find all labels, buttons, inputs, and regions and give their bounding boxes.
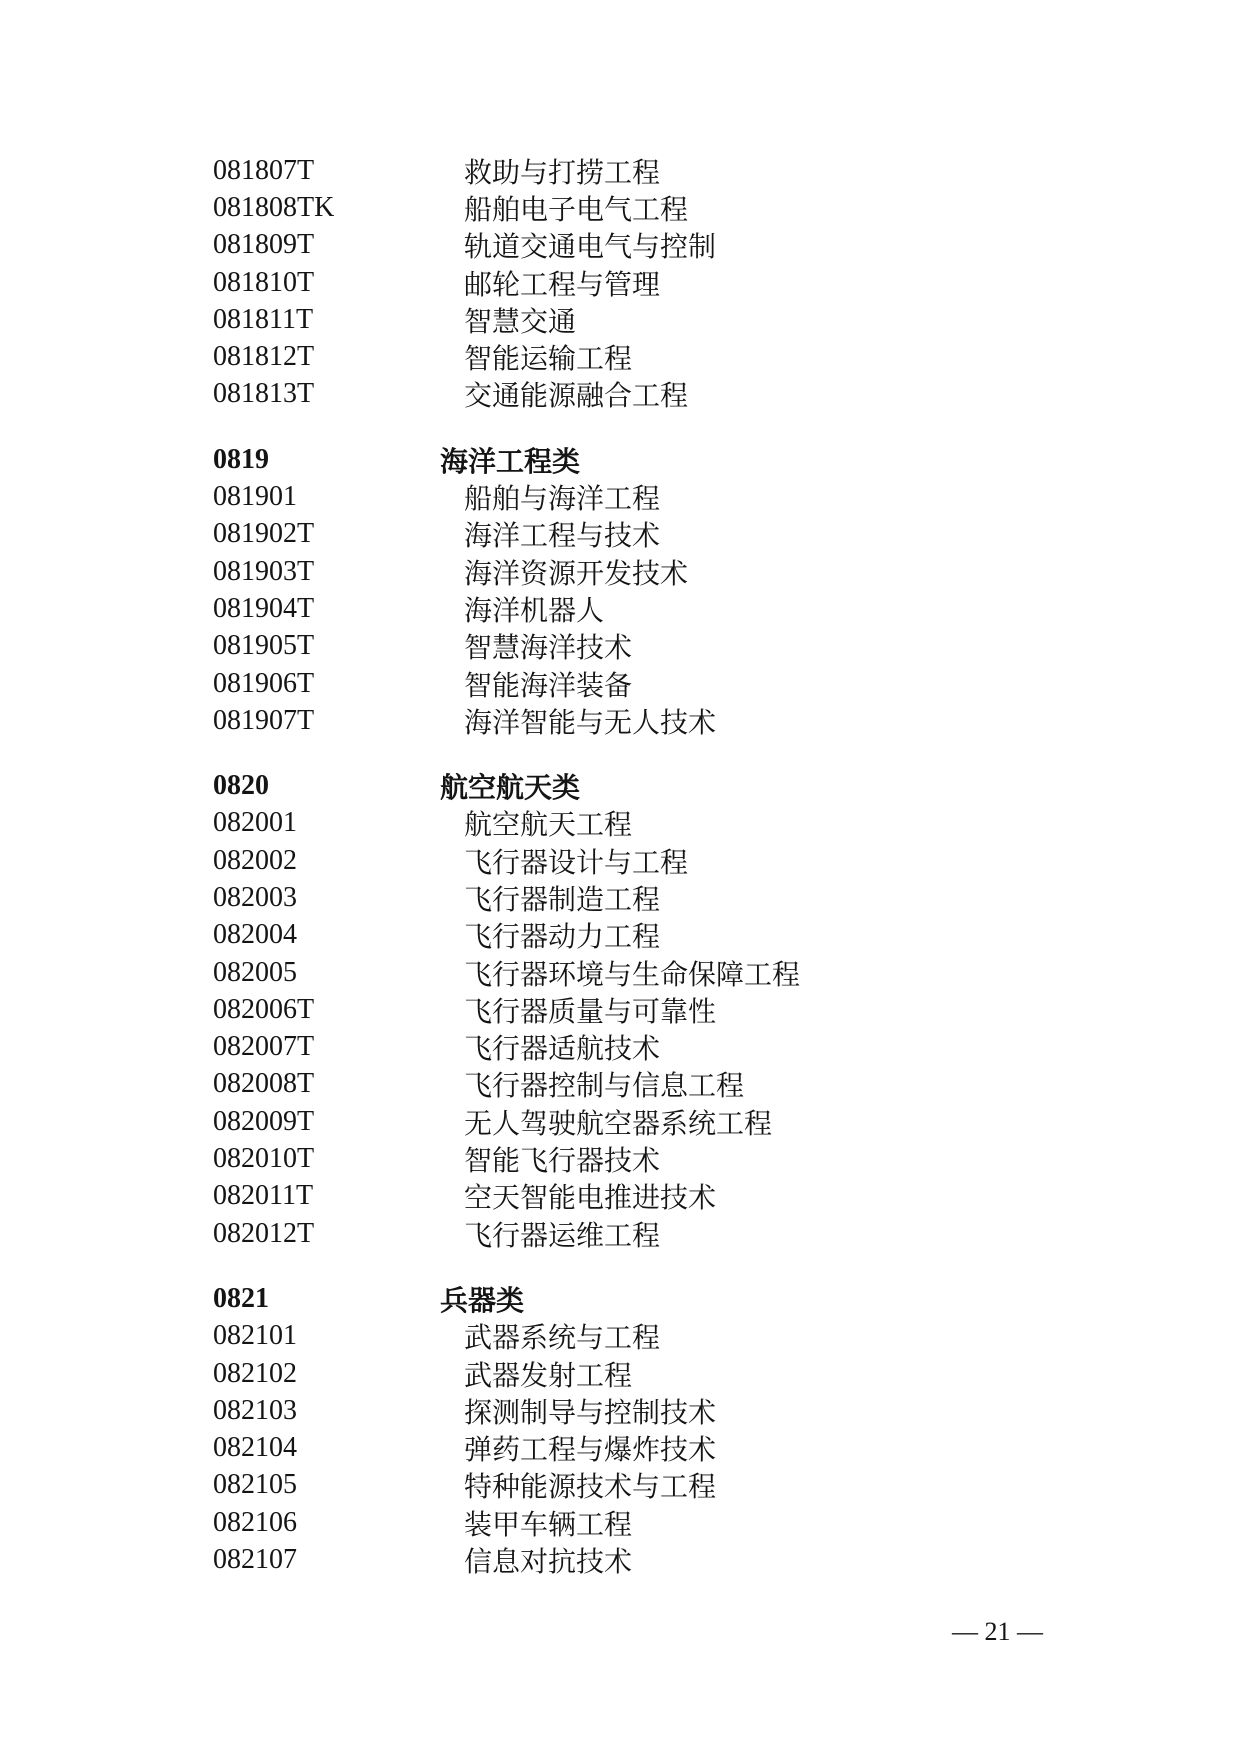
major-row: 082105 特种能源技术与工程 [0, 1467, 1241, 1504]
category-row: 0819 海洋工程类 [0, 441, 1241, 478]
major-name: 飞行器运维工程 [464, 1214, 660, 1254]
major-list: 081807T 救助与打捞工程 081808TK 船舶电子电气工程 081809… [0, 152, 1241, 1579]
major-code: 081901 [213, 481, 464, 513]
major-code: 081906T [213, 668, 464, 700]
major-code: 082103 [213, 1395, 464, 1427]
major-name: 船舶电子电气工程 [464, 188, 688, 228]
major-name: 信息对抗技术 [464, 1540, 632, 1580]
major-code: 081811T [213, 304, 464, 336]
major-name: 交通能源融合工程 [464, 374, 688, 414]
major-name: 飞行器环境与生命保障工程 [464, 953, 800, 993]
major-name: 飞行器控制与信息工程 [464, 1064, 744, 1104]
major-row: 082106 装甲车辆工程 [0, 1504, 1241, 1541]
major-code: 082006T [213, 994, 464, 1026]
major-name: 空天智能电推进技术 [464, 1176, 716, 1216]
category-name: 海洋工程类 [440, 440, 580, 480]
major-row: 081813T 交通能源融合工程 [0, 376, 1241, 413]
major-row: 081808TK 船舶电子电气工程 [0, 189, 1241, 226]
major-code: 081808TK [213, 192, 464, 224]
major-code: 082107 [213, 1544, 464, 1576]
major-row: 082107 信息对抗技术 [0, 1541, 1241, 1578]
major-name: 特种能源技术与工程 [464, 1465, 716, 1505]
major-code: 082004 [213, 919, 464, 951]
major-row: 082012T 飞行器运维工程 [0, 1215, 1241, 1252]
major-row: 082009T 无人驾驶航空器系统工程 [0, 1103, 1241, 1140]
major-row: 081807T 救助与打捞工程 [0, 152, 1241, 189]
major-code: 082012T [213, 1218, 464, 1250]
document-page: 081807T 救助与打捞工程 081808TK 船舶电子电气工程 081809… [0, 0, 1241, 1755]
major-name: 探测制导与控制技术 [464, 1391, 716, 1431]
major-code: 082002 [213, 845, 464, 877]
major-code: 082106 [213, 1507, 464, 1539]
major-code: 082104 [213, 1432, 464, 1464]
major-code: 081907T [213, 705, 464, 737]
major-row: 082104 弹药工程与爆炸技术 [0, 1430, 1241, 1467]
major-row: 082006T 飞行器质量与可靠性 [0, 991, 1241, 1028]
major-code: 081810T [213, 267, 464, 299]
major-name: 飞行器质量与可靠性 [464, 990, 716, 1030]
major-name: 智能飞行器技术 [464, 1139, 660, 1179]
major-name: 飞行器适航技术 [464, 1027, 660, 1067]
category-row: 0821 兵器类 [0, 1280, 1241, 1317]
category-name: 兵器类 [440, 1279, 524, 1319]
major-row: 082005 飞行器环境与生命保障工程 [0, 954, 1241, 991]
major-code: 082105 [213, 1469, 464, 1501]
major-name: 装甲车辆工程 [464, 1503, 632, 1543]
major-row: 081902T 海洋工程与技术 [0, 516, 1241, 553]
major-row: 082008T 飞行器控制与信息工程 [0, 1066, 1241, 1103]
major-category-section: 0819 海洋工程类 081901 船舶与海洋工程 081902T 海洋工程与技… [0, 441, 1241, 739]
major-row: 082004 飞行器动力工程 [0, 917, 1241, 954]
major-name: 智慧交通 [464, 300, 576, 340]
major-name: 无人驾驶航空器系统工程 [464, 1102, 772, 1142]
major-row: 082103 探测制导与控制技术 [0, 1392, 1241, 1429]
major-row: 082102 武器发射工程 [0, 1355, 1241, 1392]
major-name: 飞行器设计与工程 [464, 841, 688, 881]
major-category-section: 0821 兵器类 082101 武器系统与工程 082102 武器发射工程 08… [0, 1280, 1241, 1578]
major-name: 武器发射工程 [464, 1354, 632, 1394]
major-code: 082009T [213, 1106, 464, 1138]
major-row: 081905T 智慧海洋技术 [0, 628, 1241, 665]
major-row: 082101 武器系统与工程 [0, 1318, 1241, 1355]
major-name: 智能海洋装备 [464, 664, 632, 704]
major-code: 081902T [213, 518, 464, 550]
major-name: 轨道交通电气与控制 [464, 225, 716, 265]
major-code: 081807T [213, 155, 464, 187]
major-code: 082005 [213, 957, 464, 989]
major-row: 082001 航空航天工程 [0, 805, 1241, 842]
major-name: 海洋资源开发技术 [464, 552, 688, 592]
major-code: 082011T [213, 1180, 464, 1212]
major-code: 082101 [213, 1320, 464, 1352]
major-name: 武器系统与工程 [464, 1316, 660, 1356]
major-code: 082010T [213, 1143, 464, 1175]
major-code: 082102 [213, 1358, 464, 1390]
category-name: 航空航天类 [440, 766, 580, 806]
major-name: 弹药工程与爆炸技术 [464, 1428, 716, 1468]
major-row: 081810T 邮轮工程与管理 [0, 264, 1241, 301]
major-code: 081903T [213, 556, 464, 588]
footer: — 21 — [952, 1617, 1043, 1647]
category-row: 0820 航空航天类 [0, 767, 1241, 804]
major-row: 081901 船舶与海洋工程 [0, 478, 1241, 515]
page-number: — 21 — [952, 1617, 1043, 1646]
major-name: 智慧海洋技术 [464, 626, 632, 666]
major-row: 082007T 飞行器适航技术 [0, 1029, 1241, 1066]
major-row: 082010T 智能飞行器技术 [0, 1140, 1241, 1177]
major-code: 081813T [213, 378, 464, 410]
major-row: 081903T 海洋资源开发技术 [0, 553, 1241, 590]
major-name: 救助与打捞工程 [464, 151, 660, 191]
major-row: 081904T 海洋机器人 [0, 590, 1241, 627]
major-name: 邮轮工程与管理 [464, 263, 660, 303]
major-code: 081905T [213, 630, 464, 662]
major-row: 081812T 智能运输工程 [0, 338, 1241, 375]
category-code: 0821 [213, 1283, 464, 1315]
major-name: 海洋智能与无人技术 [464, 701, 716, 741]
major-row: 082011T 空天智能电推进技术 [0, 1178, 1241, 1215]
major-category-section: 081807T 救助与打捞工程 081808TK 船舶电子电气工程 081809… [0, 152, 1241, 413]
major-name: 航空航天工程 [464, 803, 632, 843]
major-name: 飞行器动力工程 [464, 915, 660, 955]
major-row: 081906T 智能海洋装备 [0, 665, 1241, 702]
major-name: 飞行器制造工程 [464, 878, 660, 918]
major-code: 081904T [213, 593, 464, 625]
major-category-section: 0820 航空航天类 082001 航空航天工程 082002 飞行器设计与工程… [0, 767, 1241, 1252]
major-row: 081907T 海洋智能与无人技术 [0, 702, 1241, 739]
category-code: 0819 [213, 444, 464, 476]
major-row: 081811T 智慧交通 [0, 301, 1241, 338]
major-row: 082003 飞行器制造工程 [0, 879, 1241, 916]
major-name: 海洋机器人 [464, 589, 604, 629]
major-code: 082001 [213, 807, 464, 839]
category-code: 0820 [213, 770, 464, 802]
major-code: 081812T [213, 341, 464, 373]
major-code: 082008T [213, 1068, 464, 1100]
major-row: 082002 飞行器设计与工程 [0, 842, 1241, 879]
major-code: 082003 [213, 882, 464, 914]
major-code: 081809T [213, 229, 464, 261]
major-code: 082007T [213, 1031, 464, 1063]
major-name: 海洋工程与技术 [464, 514, 660, 554]
major-row: 081809T 轨道交通电气与控制 [0, 227, 1241, 264]
major-name: 智能运输工程 [464, 337, 632, 377]
major-name: 船舶与海洋工程 [464, 477, 660, 517]
